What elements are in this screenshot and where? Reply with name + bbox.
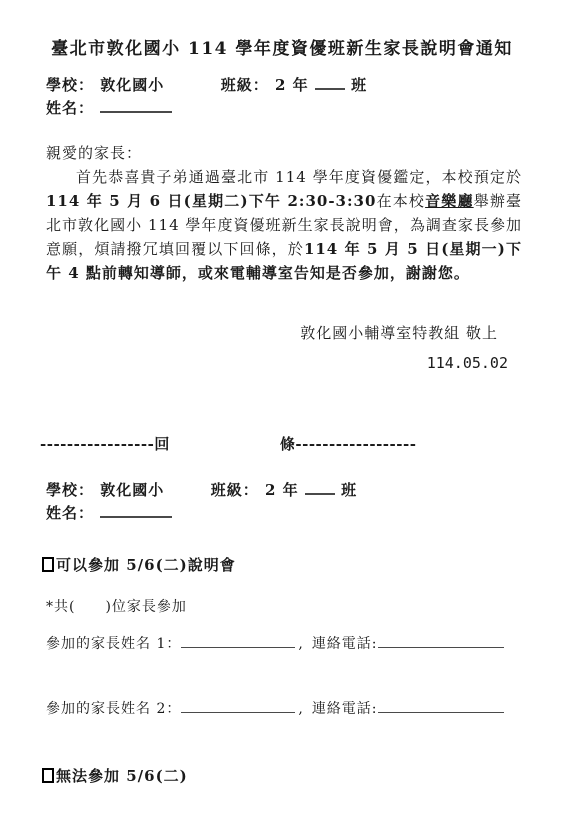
header-name-line: 姓名： — [46, 97, 524, 120]
name-blank-field[interactable] — [100, 98, 172, 113]
tear-dashes-left: ----------------- — [40, 435, 154, 453]
reply-name-label: 姓名： — [46, 504, 94, 522]
letter-body: 親愛的家長： 首先恭喜貴子弟通過臺北市 114 學年度資優鑑定，本校預定於114… — [46, 141, 522, 285]
reply-class-blank-field[interactable] — [305, 480, 335, 495]
parent2-phone-blank-field[interactable] — [378, 698, 504, 713]
option-attend: 可以參加 5/6(二)說明會 — [42, 554, 564, 575]
tear-off-line: -----------------回條------------------ — [0, 433, 564, 454]
document-title: 臺北市敦化國小 114 學年度資優班新生家長說明會通知 — [0, 0, 564, 59]
tear-char-left: 回 — [154, 435, 170, 453]
parent1-phone-label: 連絡電話: — [312, 636, 378, 652]
tear-dashes-right: ------------------ — [295, 435, 416, 453]
paragraph-segment-date-bold: 114 年 5 月 6 日(星期二)下午 2:30-3:30 — [46, 192, 376, 210]
reply-class-prefix: 2 年 — [265, 481, 299, 499]
parent1-phone-blank-field[interactable] — [378, 633, 504, 648]
paragraph-segment-venue-underlined: 音樂廳 — [425, 192, 474, 210]
parent2-name-label: 參加的家長姓名 2： — [46, 701, 181, 717]
attend-option-label: 可以參加 5/6(二)說明會 — [56, 556, 236, 574]
parent2-name-blank-field[interactable] — [181, 698, 295, 713]
class-label: 班級： — [221, 76, 269, 94]
school-label: 學校： — [46, 76, 94, 94]
parent2-row: 參加的家長姓名 2：,連絡電話: — [46, 698, 564, 718]
attend-checkbox[interactable] — [42, 557, 54, 572]
class-prefix: 2 年 — [275, 76, 309, 94]
decline-option-label: 無法參加 5/6(二) — [56, 767, 188, 785]
reply-class-label: 班級： — [211, 481, 259, 499]
parent1-name-blank-field[interactable] — [181, 633, 295, 648]
parent1-name-label: 參加的家長姓名 1： — [46, 636, 181, 652]
decline-checkbox[interactable] — [42, 768, 54, 783]
salutation: 親愛的家長： — [46, 141, 522, 165]
letter-paragraph: 首先恭喜貴子弟通過臺北市 114 學年度資優鑑定，本校預定於114 年 5 月 … — [46, 165, 522, 285]
school-value: 敦化國小 — [100, 76, 164, 94]
class-blank-field[interactable] — [315, 75, 345, 90]
parent-count-note: *共( )位家長參加 — [46, 596, 564, 616]
tear-char-right: 條 — [280, 435, 296, 453]
option-decline: 無法參加 5/6(二) — [42, 765, 564, 786]
parent2-phone-label: 連絡電話: — [312, 701, 378, 717]
reply-school-value: 敦化國小 — [100, 481, 164, 499]
reply-school-class-line: 學校： 敦化國小 班級： 2 年 班 — [46, 479, 524, 502]
header-info: 學校： 敦化國小 班級： 2 年 班 姓名： — [46, 74, 524, 120]
name-label: 姓名： — [46, 99, 94, 117]
paragraph-segment: 首先恭喜貴子弟通過臺北市 114 學年度資優鑑定，本校預定於 — [76, 168, 522, 186]
notice-document: 臺北市敦化國小 114 學年度資優班新生家長說明會通知 學校： 敦化國小 班級：… — [0, 0, 564, 819]
date-line: 114.05.02 — [0, 354, 564, 372]
reply-slip-header: 學校： 敦化國小 班級： 2 年 班 姓名： — [46, 479, 524, 525]
header-school-class-line: 學校： 敦化國小 班級： 2 年 班 — [46, 74, 524, 97]
reply-class-suffix: 班 — [341, 481, 357, 499]
class-suffix: 班 — [351, 76, 367, 94]
paragraph-segment: 在本校 — [376, 192, 425, 210]
reply-school-label: 學校： — [46, 481, 94, 499]
reply-name-line: 姓名： — [46, 502, 524, 525]
signature-line: 敦化國小輔導室特教組 敬上 — [0, 322, 564, 343]
row-comma: , — [298, 636, 303, 652]
reply-name-blank-field[interactable] — [100, 503, 172, 518]
parent1-row: 參加的家長姓名 1：,連絡電話: — [46, 633, 564, 653]
row-comma: , — [298, 701, 303, 717]
